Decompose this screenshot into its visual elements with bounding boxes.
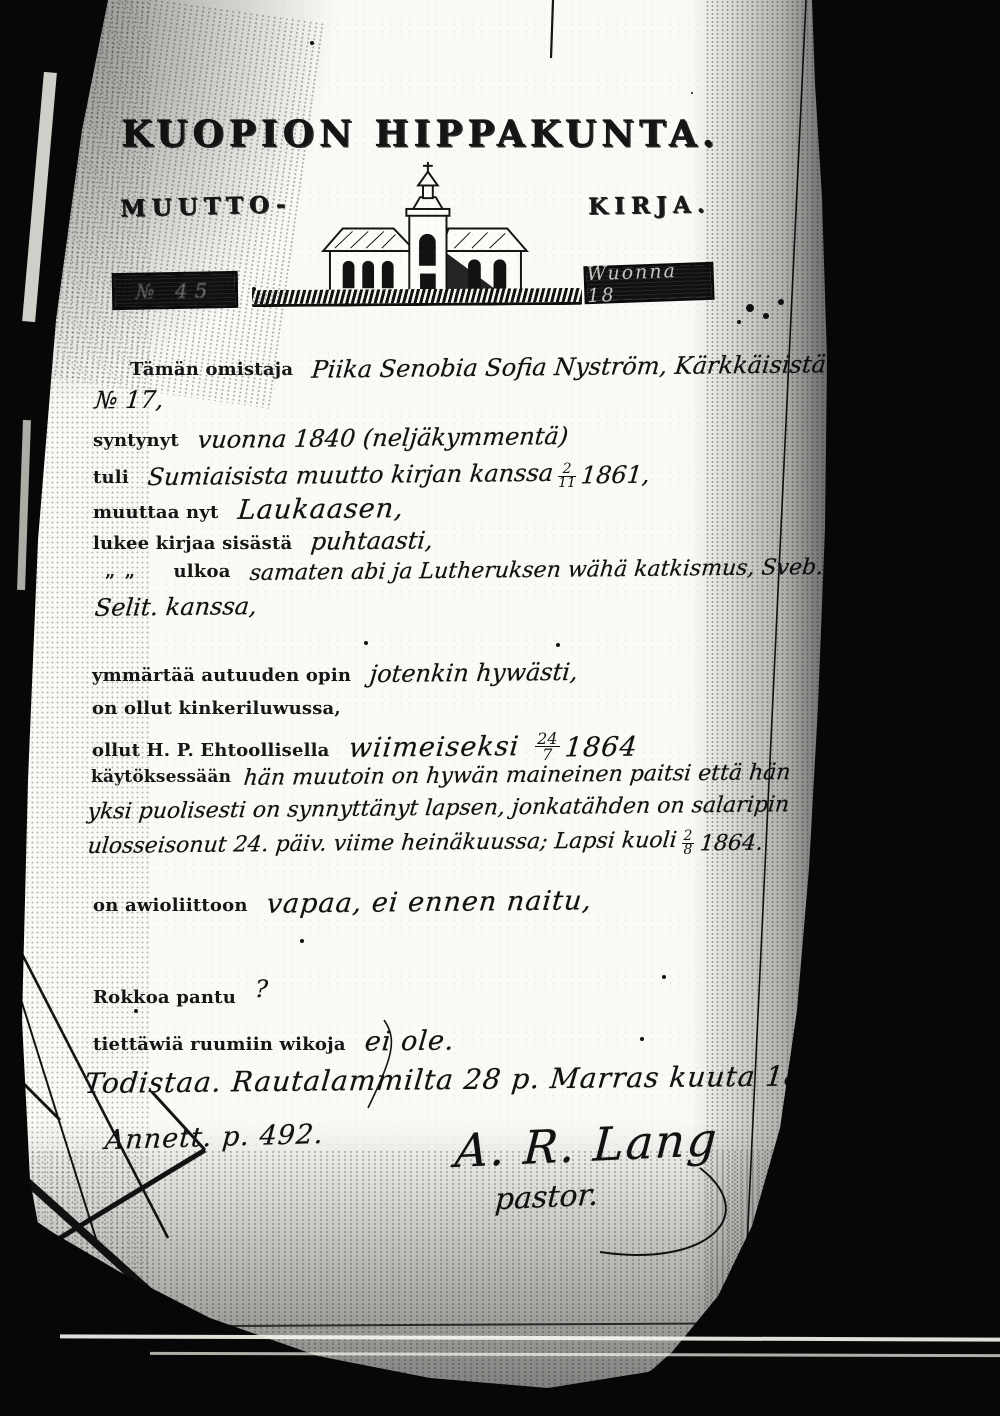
marriage-label: on awioliittoon [93,895,248,916]
understands-label: ymmärtää autuuden opin [92,665,351,686]
field-vaccination: Rokkoa pantu ? [93,981,268,1009]
child-death-year: 1864. [698,831,763,857]
reads-inner-label: lukee kirjaa sisästä [93,533,292,554]
ditto-marks: „ „ [105,561,135,582]
scanned-document: KUOPION HIPPAKUNTA. MUUTTO- KIRJA. [0,0,1000,1416]
came-date-fraction: 211 [558,463,576,491]
house-number-value: № 17, [94,386,165,415]
header-word-kirja: KIRJA. [588,191,711,220]
defects-label: tiettäwiä ruumiin wikoja [93,1034,346,1055]
moves-label: muuttaa nyt [93,502,219,523]
field-conduct-line3: ulosseisonut 24. päiv. viime heinäkuussa… [88,830,763,858]
field-owner: Tämän omistaja Piika Senobia Sofia Nystr… [130,353,826,381]
conduct-value-2: yksi puolisesti on synnyttänyt lapsen, j… [86,792,790,824]
came-year: 1861, [580,461,651,490]
header-word-muutto: MUUTTO- [120,191,292,222]
field-reads-outer-cont: Selit. kanssa, [95,593,257,621]
communion-label: ollut H. P. Ehtoollisella [92,740,330,761]
signature-block: A. R. Lang [454,1113,719,1176]
child-death-fraction: 28 [682,830,695,858]
born-label: syntynyt [93,430,179,451]
vaccination-value: ? [255,975,269,1003]
born-value: vuonna 1840 (neljäkymmentä) [196,422,569,454]
owner-label: Tämän omistaja [130,359,293,380]
church-ground-hatching [252,288,582,307]
field-moves-to: muuttaa nyt Laukaasen, [93,494,403,525]
field-conduct: käytöksessään hän muutoin on hywän maine… [91,763,791,788]
register-note: Annett. p. 492. [105,1120,324,1155]
came-label: tuli [93,467,129,488]
field-conduct-line2: yksi puolisesti on synnyttänyt lapsen, j… [88,796,789,821]
conduct-label: käytöksessään [91,767,231,787]
field-born: syntynyt vuonna 1840 (neljäkymmentä) [93,424,568,452]
communion-date-fraction: 247 [535,731,559,762]
church-illustration [268,158,578,300]
field-understands: ymmärtää autuuden opin jotenkin hywästi, [92,659,578,687]
field-came-from: tuli Sumiaisista muutto kirjan kanssa 21… [93,461,650,490]
field-bodily-defects: tiettäwiä ruumiin wikoja ei ole. [93,1026,454,1057]
field-house-number: № 17, [95,386,164,414]
register-note-text: Annett. p. 492. [104,1119,325,1156]
marriage-value: vapaa, ei ennen naitu, [265,885,593,919]
came-value: Sumiaisista muutto kirjan kanssa [146,459,554,491]
communion-year: 1864 [563,732,639,764]
field-marriage: on awioliittoon vapaa, ei ennen naitu, [93,887,592,918]
field-reads-outer: „ „ ulkoa samaten abi ja Lutheruksen wäh… [105,558,823,583]
signature: A. R. Lang [453,1112,720,1178]
field-catechism-meeting: on ollut kinkeriluwussa, [92,698,341,719]
attestation-text: Todistaa. Rautalammilta 28 p. Marras kuu… [83,1059,842,1100]
understands-value: jotenkin hywästi, [369,658,580,688]
reads-outer-label: ulkoa [174,561,231,582]
reads-inner-value: puhtaasti, [310,526,435,555]
certificate-number-box: № 45 [112,271,239,310]
signature-title: pastor. [494,1178,599,1218]
certificate-number: № 45 [135,278,214,303]
reads-outer-value: samaten abi ja Lutheruksen wähä katkismu… [248,555,824,586]
conduct-value-3: ulosseisonut 24. päiv. viime heinäkuussa… [87,828,678,859]
attestation-line: Todistaa. Rautalammilta 28 p. Marras kuu… [85,1063,840,1096]
year-box: Wuonna 18 [583,262,714,305]
defects-value: ei ole. [363,1026,456,1058]
page-title: KUOPION HIPPAKUNTA. [0,113,840,155]
vaccination-label: Rokkoa pantu [93,987,236,1008]
field-reads-inner: lukee kirjaa sisästä puhtaasti, [93,527,433,555]
signature-title-block: pastor. [494,1178,598,1217]
conduct-value-1: hän muutoin on hywän maineinen paitsi et… [243,760,792,791]
year-box-text: Wuonna 18 [586,259,711,307]
reads-outer-value2: Selit. kanssa, [94,592,259,622]
communion-value: wiimeiseksi [347,731,520,764]
catechism-label: on ollut kinkeriluwussa, [92,698,341,719]
owner-value: Piika Senobia Sofia Nyström, Kärkkäisist… [311,350,828,383]
field-communion: ollut H. P. Ehtoollisella wiimeiseksi 24… [92,731,637,763]
moves-value: Laukaasen, [236,493,405,526]
